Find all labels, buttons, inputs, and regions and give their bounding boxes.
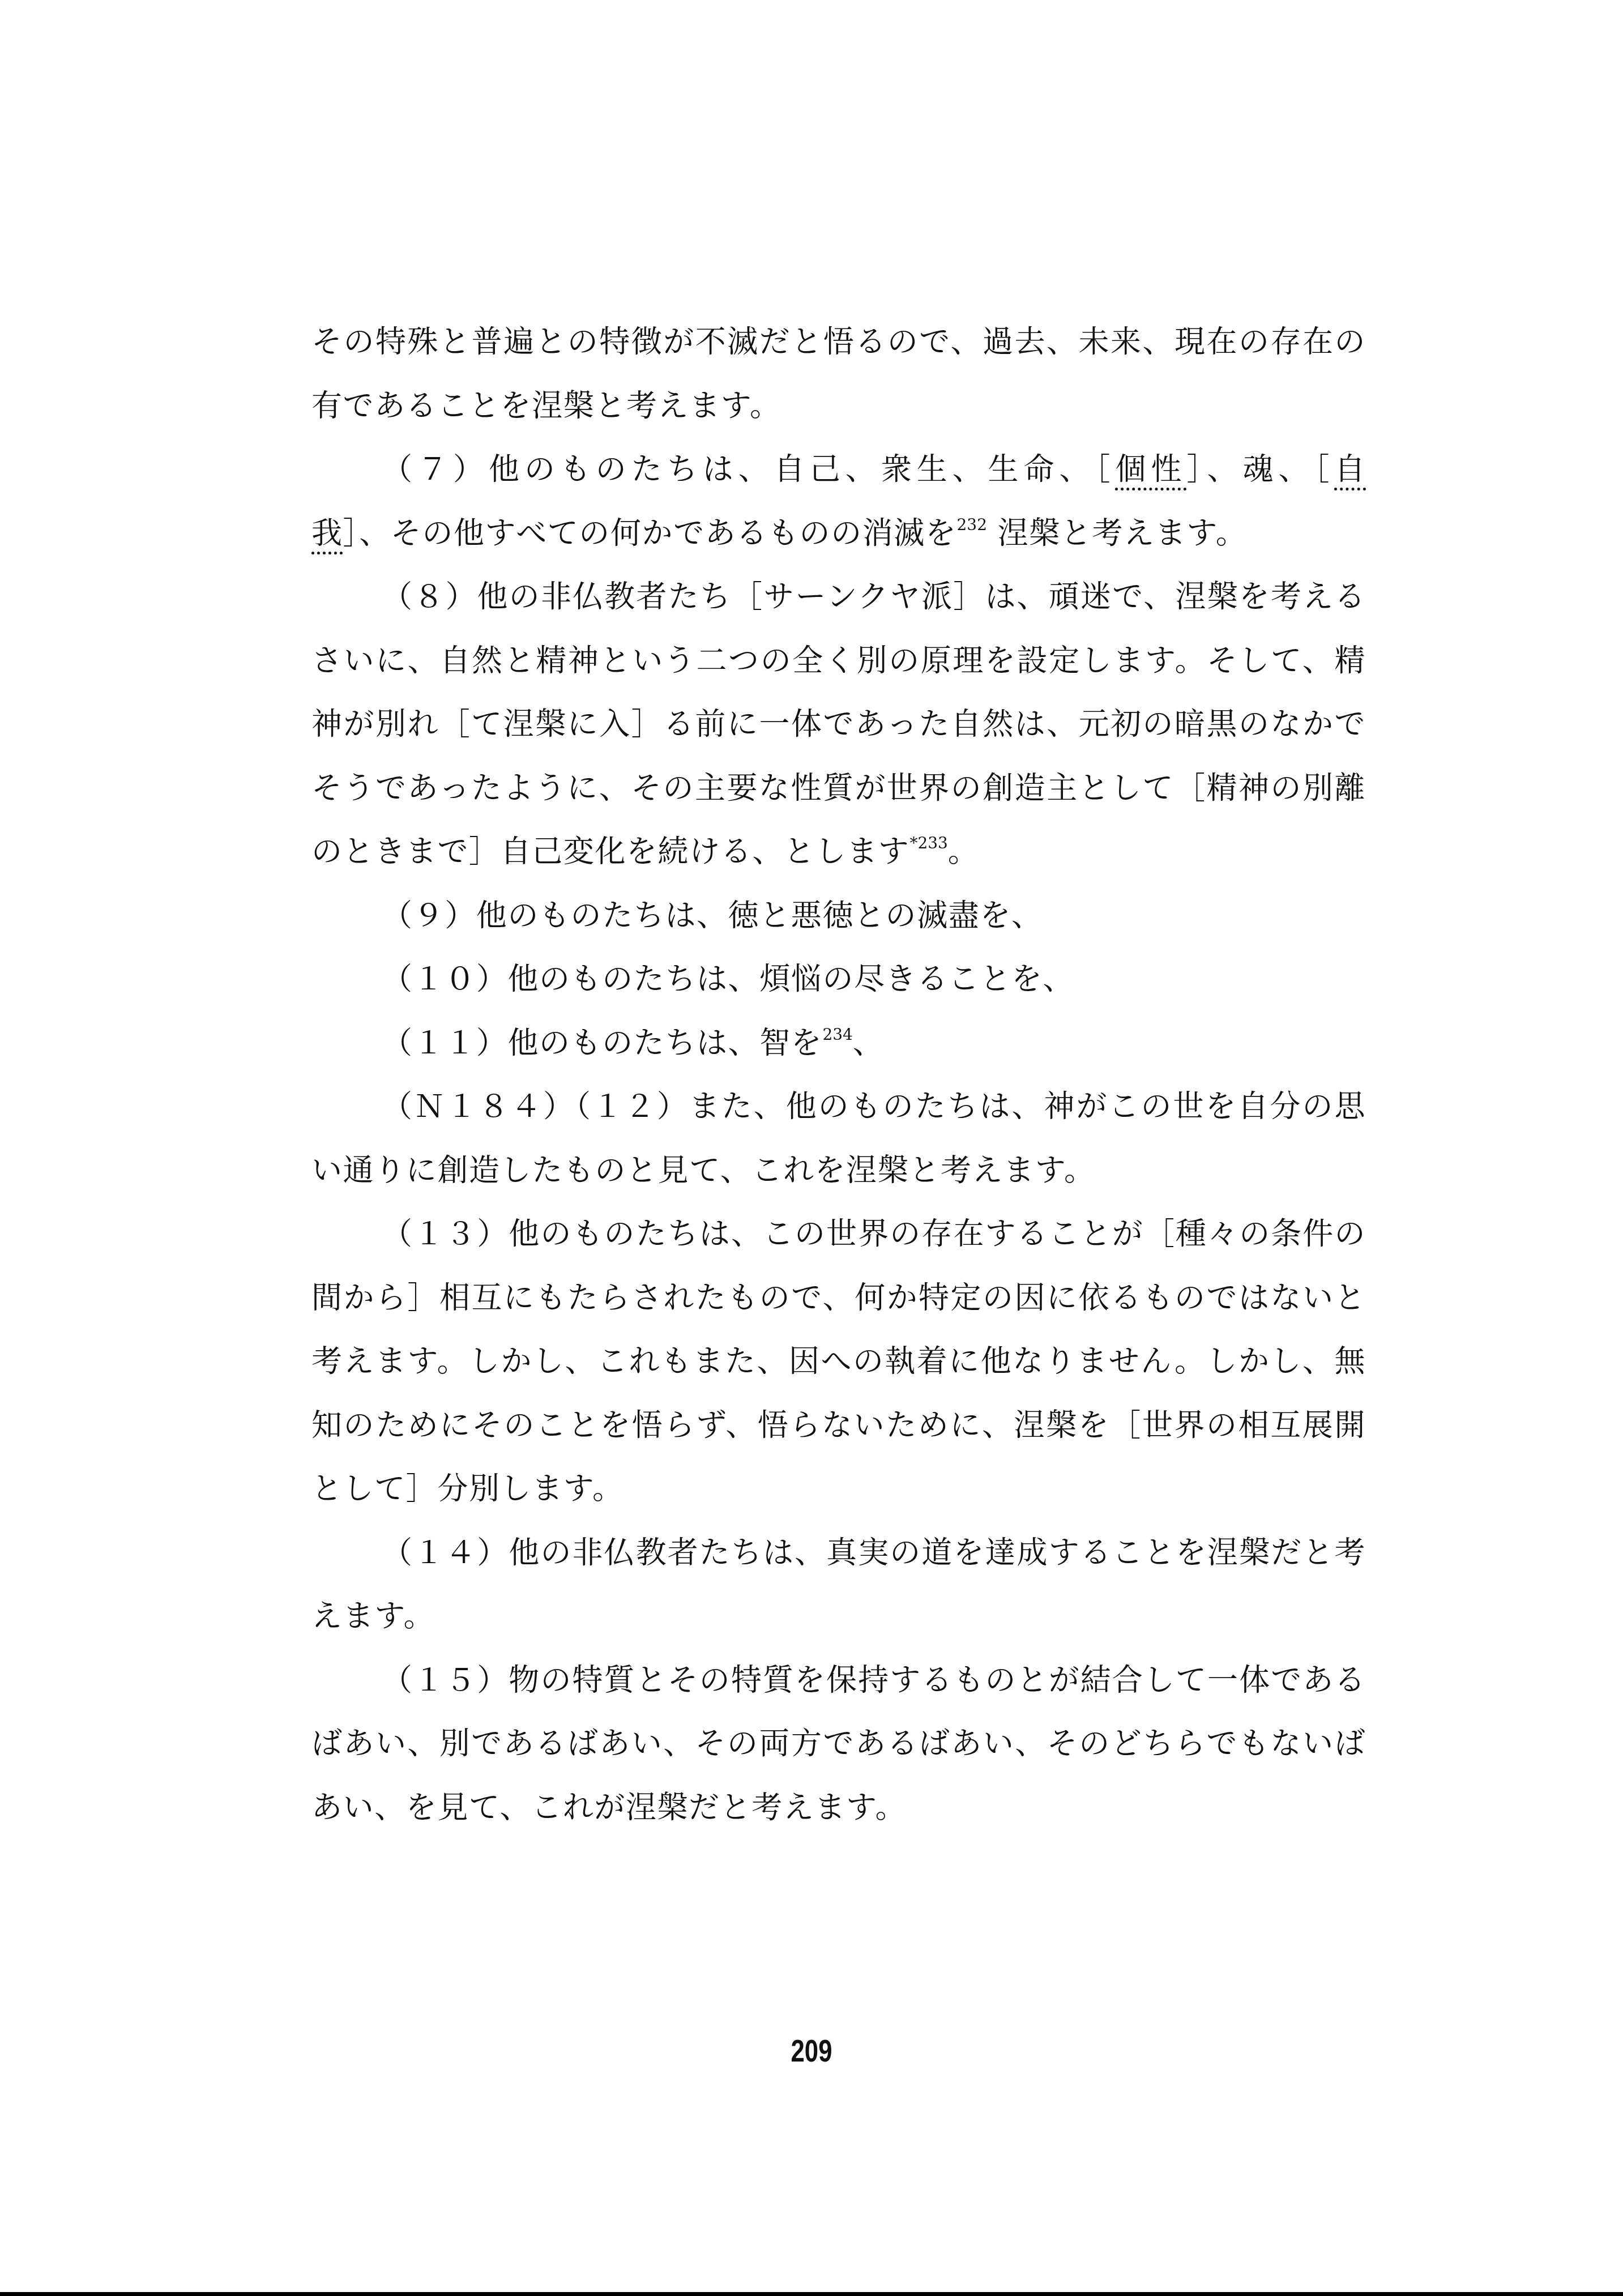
- paragraph-8-line: さいに、自然と精神という二つの全く別の原理を設定します。そして、精: [311, 629, 1366, 693]
- footnote-ref: 234: [822, 1025, 852, 1044]
- text-span: のときまで］自己変化を続ける、とします: [311, 834, 909, 869]
- paragraph-8-line: 神が別れ［て涅槃に入］る前に一体であった自然は、元初の暗黒のなかで: [311, 693, 1366, 757]
- paragraph-13-line: 知のためにそのことを悟らず、悟らないために、涅槃を［世界の相互展開: [311, 1394, 1366, 1458]
- paragraph-13-line: 考えます。しかし、これもまた、因への執着に他なりません。しかし、無: [311, 1330, 1366, 1394]
- text-span: （７）他のものたちは、自己、衆生、生命、［: [382, 451, 1116, 487]
- text-span: ］、その他すべての何かであるものの消滅を: [343, 515, 957, 551]
- text-span: （１１）他のものたちは、智を: [382, 1025, 822, 1061]
- paragraph-12-line: （Ｎ１８４）（１２）また、他のものたちは、神がこの世を自分の思: [311, 1075, 1366, 1139]
- paragraph-8-line: そうであったように、その主要な性質が世界の創造主として［精神の別離: [311, 757, 1366, 821]
- footnote-ref: *233: [909, 834, 947, 852]
- text-span: 。: [948, 834, 980, 869]
- dotted-underlined-term: 自: [1334, 451, 1366, 487]
- paragraph-13-line: として］分別します。: [311, 1457, 1366, 1521]
- paragraph-14-line: えます。: [311, 1585, 1366, 1649]
- paragraph-13-line: （１３）他のものたちは、この世界の存在することが［種々の条件の: [311, 1202, 1366, 1266]
- paragraph-14-line: （１４）他の非仏教者たちは、真実の道を達成することを涅槃だと考: [311, 1521, 1366, 1585]
- paragraph-8-line: のときまで］自己変化を続ける、とします*233。: [311, 820, 1366, 884]
- dotted-underlined-term: 個性: [1116, 451, 1187, 487]
- paragraph-11: （１１）他のものたちは、智を234、: [311, 1012, 1366, 1076]
- paragraph-9: （９）他のものたちは、徳と悪徳との滅盡を、: [311, 884, 1366, 948]
- paragraph-15-line: あい、を見て、これが涅槃だと考えます。: [311, 1776, 1366, 1840]
- text-line: その特殊と普遍との特徴が不滅だと悟るので、過去、未来、現在の存在の: [311, 310, 1366, 374]
- paragraph-10: （１０）他のものたちは、煩悩の尽きることを、: [311, 948, 1366, 1012]
- paragraph-13-line: 間から］相互にもたらされたもので、何か特定の因に依るものではないと: [311, 1266, 1366, 1330]
- text-line: 有であることを涅槃と考えます。: [311, 374, 1366, 438]
- footnote-ref: 232: [957, 515, 987, 534]
- paragraph-15-line: （１５）物の特質とその特質を保持するものとが結合して一体である: [311, 1649, 1366, 1713]
- document-page: その特殊と普遍との特徴が不滅だと悟るので、過去、未来、現在の存在の 有であること…: [0, 0, 1623, 2296]
- paragraph-15-line: ばあい、別であるばあい、その両方であるばあい、そのどちらでもないば: [311, 1712, 1366, 1776]
- text-span: 、: [853, 1025, 885, 1061]
- text-span: 涅槃と考えます。: [987, 515, 1247, 551]
- paragraph-7-line-2: 我］、その他すべての何かであるものの消滅を232 涅槃と考えます。: [311, 502, 1366, 566]
- scan-edge-bar: [0, 2292, 1623, 2296]
- paragraph-7-line-1: （７）他のものたちは、自己、衆生、生命、［個性］、魂、［自: [311, 438, 1366, 502]
- paragraph-8-line: （８）他の非仏教者たち［サーンクヤ派］は、頑迷で、涅槃を考える: [311, 565, 1366, 629]
- page-number: 209: [178, 2032, 1444, 2069]
- dotted-underlined-term: 我: [311, 515, 343, 551]
- paragraph-12-line: い通りに創造したものと見て、これを涅槃と考えます。: [311, 1139, 1366, 1203]
- text-span: ］、魂、［: [1187, 451, 1335, 487]
- body-text: その特殊と普遍との特徴が不滅だと悟るので、過去、未来、現在の存在の 有であること…: [311, 310, 1366, 1840]
